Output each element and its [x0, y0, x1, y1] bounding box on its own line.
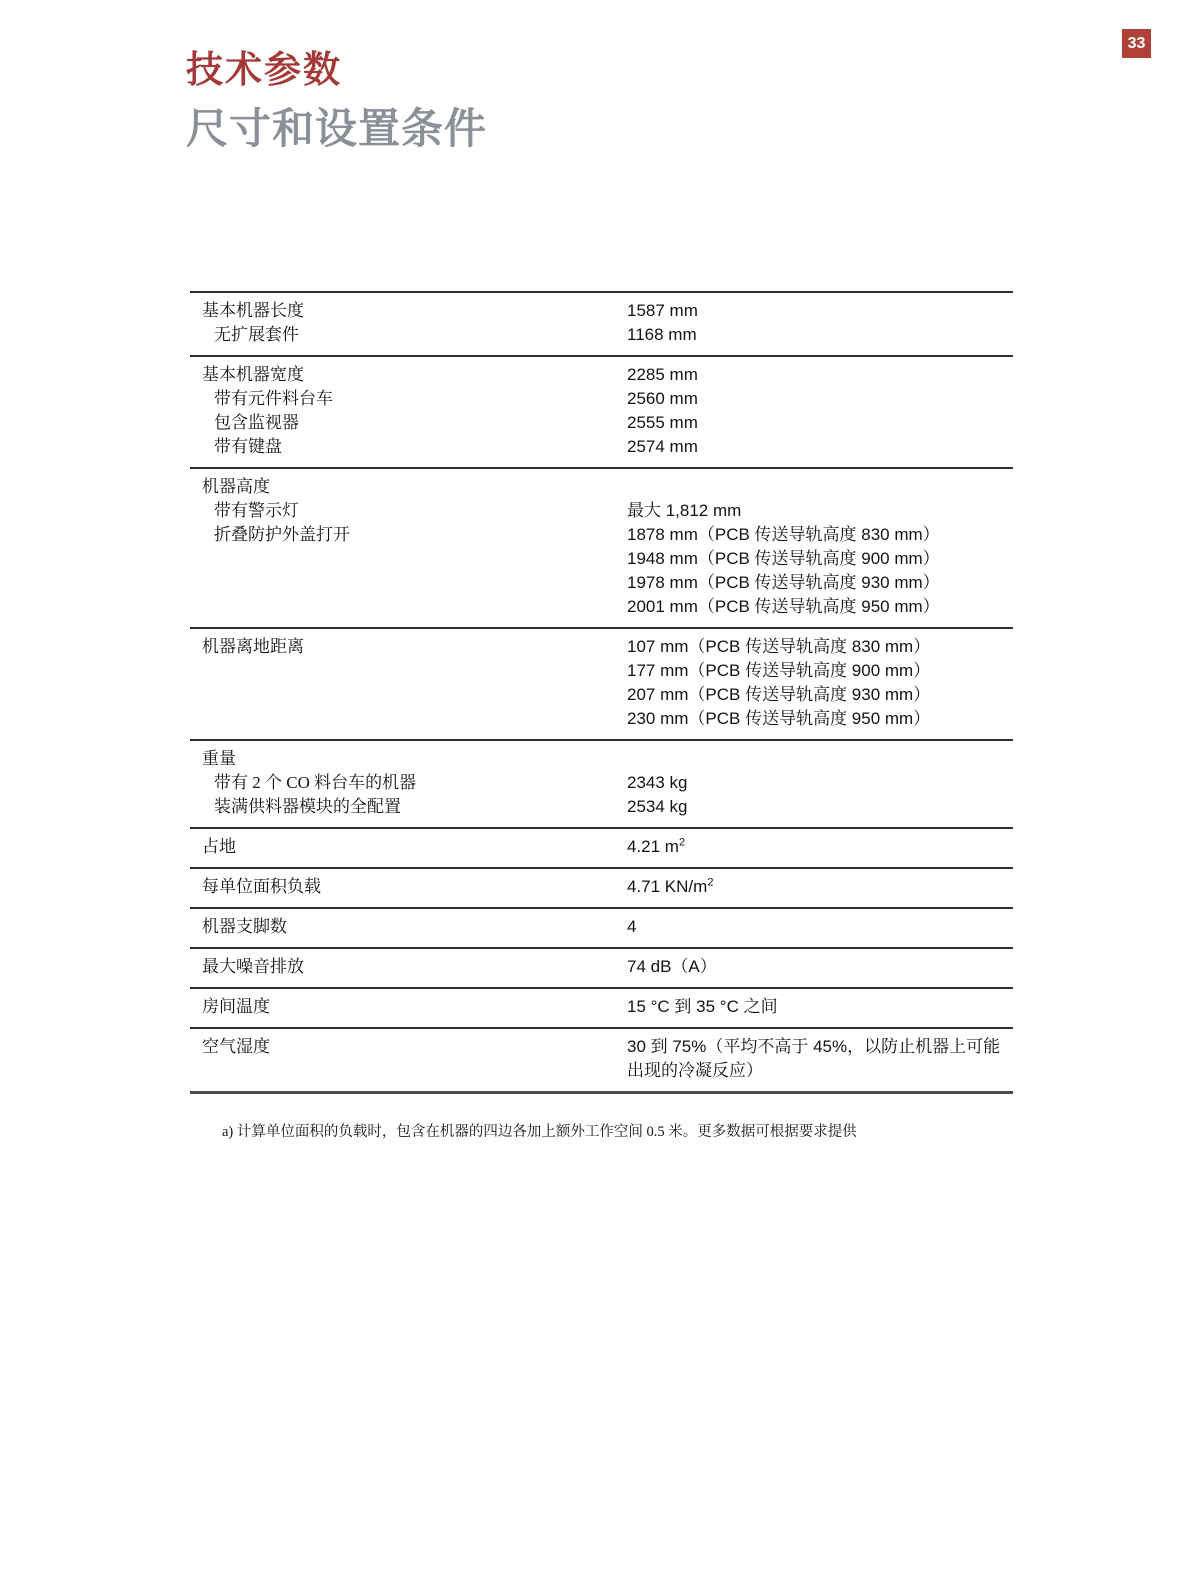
- spec-row: 空气湿度30 到 75%（平均不高于 45%，以防止机器上可能出现的冷凝反应）: [190, 1035, 1013, 1083]
- spec-row: 占地4.21 m2: [190, 835, 1013, 859]
- spec-label: 带有警示灯: [190, 499, 627, 523]
- spec-label: 每单位面积负载: [190, 875, 627, 899]
- spec-row: 机器高度: [190, 475, 1013, 499]
- spec-section: 每单位面积负载4.71 KN/m2: [190, 867, 1013, 907]
- spec-label: [190, 707, 627, 731]
- spec-label: 房间温度: [190, 995, 627, 1019]
- spec-value: 4.71 KN/m2: [627, 875, 1013, 899]
- spec-label: 折叠防护外盖打开: [190, 523, 627, 547]
- spec-label: [190, 659, 627, 683]
- spec-section: 房间温度15 °C 到 35 °C 之间: [190, 987, 1013, 1027]
- spec-row: 装满供料器模块的全配置2534 kg: [190, 795, 1013, 819]
- spec-label: 带有元件料台车: [190, 387, 627, 411]
- page-title: 技术参数: [186, 50, 342, 93]
- spec-row: 带有键盘2574 mm: [190, 435, 1013, 459]
- page-number-badge: 33: [1122, 29, 1151, 58]
- spec-value: 2534 kg: [627, 795, 1013, 819]
- spec-label: 无扩展套件: [190, 323, 627, 347]
- spec-row: 折叠防护外盖打开1878 mm（PCB 传送导轨高度 830 mm）: [190, 523, 1013, 547]
- spec-label: [190, 683, 627, 707]
- spec-label: 重量: [190, 747, 627, 771]
- spec-value: 2343 kg: [627, 771, 1013, 795]
- spec-row: 包含监视器2555 mm: [190, 411, 1013, 435]
- spec-row: 机器支脚数4: [190, 915, 1013, 939]
- spec-section: 占地4.21 m2: [190, 827, 1013, 867]
- spec-value: 最大 1,812 mm: [627, 499, 1013, 523]
- page-subtitle: 尺寸和设置条件: [186, 106, 487, 154]
- spec-label: 机器支脚数: [190, 915, 627, 939]
- spec-section: 空气湿度30 到 75%（平均不高于 45%，以防止机器上可能出现的冷凝反应）: [190, 1027, 1013, 1091]
- spec-row: 每单位面积负载4.71 KN/m2: [190, 875, 1013, 899]
- spec-value: 2560 mm: [627, 387, 1013, 411]
- spec-label: 基本机器长度: [190, 299, 627, 323]
- spec-label: 包含监视器: [190, 411, 627, 435]
- spec-row: 基本机器长度1587 mm: [190, 299, 1013, 323]
- spec-section: 重量带有 2 个 CO 料台车的机器2343 kg装满供料器模块的全配置2534…: [190, 739, 1013, 827]
- spec-value: 1878 mm（PCB 传送导轨高度 830 mm）: [627, 523, 1013, 547]
- spec-value: 2555 mm: [627, 411, 1013, 435]
- spec-row: 1978 mm（PCB 传送导轨高度 930 mm）: [190, 571, 1013, 595]
- document-page: 33 技术参数 尺寸和设置条件 基本机器长度1587 mm无扩展套件1168 m…: [0, 0, 1190, 1588]
- spec-row: 1948 mm（PCB 传送导轨高度 900 mm）: [190, 547, 1013, 571]
- spec-row: 带有警示灯最大 1,812 mm: [190, 499, 1013, 523]
- spec-row: 207 mm（PCB 传送导轨高度 930 mm）: [190, 683, 1013, 707]
- spec-table-wrap: 基本机器长度1587 mm无扩展套件1168 mm基本机器宽度2285 mm带有…: [190, 291, 1013, 1141]
- spec-row: 基本机器宽度2285 mm: [190, 363, 1013, 387]
- spec-value: 30 到 75%（平均不高于 45%，以防止机器上可能出现的冷凝反应）: [627, 1035, 1013, 1083]
- spec-label: 带有键盘: [190, 435, 627, 459]
- spec-label: 空气湿度: [190, 1035, 627, 1059]
- spec-value: 177 mm（PCB 传送导轨高度 900 mm）: [627, 659, 1013, 683]
- spec-label: [190, 595, 627, 619]
- spec-row: 重量: [190, 747, 1013, 771]
- spec-row: 带有 2 个 CO 料台车的机器2343 kg: [190, 771, 1013, 795]
- spec-label: 装满供料器模块的全配置: [190, 795, 627, 819]
- spec-row: 最大噪音排放74 dB（A）: [190, 955, 1013, 979]
- spec-value: 15 °C 到 35 °C 之间: [627, 995, 1013, 1019]
- spec-value-sup: 2: [679, 836, 685, 848]
- spec-value: 230 mm（PCB 传送导轨高度 950 mm）: [627, 707, 1013, 731]
- spec-section: 最大噪音排放74 dB（A）: [190, 947, 1013, 987]
- spec-value: 1948 mm（PCB 传送导轨高度 900 mm）: [627, 547, 1013, 571]
- spec-row: 无扩展套件1168 mm: [190, 323, 1013, 347]
- spec-value: 1978 mm（PCB 传送导轨高度 930 mm）: [627, 571, 1013, 595]
- spec-label: 带有 2 个 CO 料台车的机器: [190, 771, 627, 795]
- spec-section: 机器支脚数4: [190, 907, 1013, 947]
- spec-value: 4: [627, 915, 1013, 939]
- spec-value: 2574 mm: [627, 435, 1013, 459]
- spec-label: 基本机器宽度: [190, 363, 627, 387]
- spec-value-sup: 2: [707, 876, 713, 888]
- spec-value: 74 dB（A）: [627, 955, 1013, 979]
- spec-value: 1587 mm: [627, 299, 1013, 323]
- spec-table: 基本机器长度1587 mm无扩展套件1168 mm基本机器宽度2285 mm带有…: [190, 291, 1013, 1094]
- spec-row: 房间温度15 °C 到 35 °C 之间: [190, 995, 1013, 1019]
- spec-value: 2285 mm: [627, 363, 1013, 387]
- footnote: a) 计算单位面积的负载时，包含在机器的四边各加上额外工作空间 0.5 米。更多…: [190, 1120, 1013, 1141]
- spec-label: 机器高度: [190, 475, 627, 499]
- spec-row: 机器离地距离107 mm（PCB 传送导轨高度 830 mm）: [190, 635, 1013, 659]
- spec-section: 机器高度带有警示灯最大 1,812 mm折叠防护外盖打开1878 mm（PCB …: [190, 467, 1013, 627]
- spec-label: [190, 571, 627, 595]
- spec-value: 207 mm（PCB 传送导轨高度 930 mm）: [627, 683, 1013, 707]
- spec-label: 机器离地距离: [190, 635, 627, 659]
- spec-row: 2001 mm（PCB 传送导轨高度 950 mm）: [190, 595, 1013, 619]
- spec-value: 2001 mm（PCB 传送导轨高度 950 mm）: [627, 595, 1013, 619]
- spec-value: 1168 mm: [627, 323, 1013, 347]
- page-number: 33: [1128, 35, 1146, 53]
- spec-row: 230 mm（PCB 传送导轨高度 950 mm）: [190, 707, 1013, 731]
- spec-label: 最大噪音排放: [190, 955, 627, 979]
- spec-row: 177 mm（PCB 传送导轨高度 900 mm）: [190, 659, 1013, 683]
- spec-value: 4.21 m2: [627, 835, 1013, 859]
- spec-value: 107 mm（PCB 传送导轨高度 830 mm）: [627, 635, 1013, 659]
- spec-label: 占地: [190, 835, 627, 859]
- spec-section: 基本机器宽度2285 mm带有元件料台车2560 mm包含监视器2555 mm带…: [190, 355, 1013, 467]
- spec-section: 基本机器长度1587 mm无扩展套件1168 mm: [190, 291, 1013, 355]
- spec-section: 机器离地距离107 mm（PCB 传送导轨高度 830 mm） 177 mm（P…: [190, 627, 1013, 739]
- spec-label: [190, 547, 627, 571]
- spec-row: 带有元件料台车2560 mm: [190, 387, 1013, 411]
